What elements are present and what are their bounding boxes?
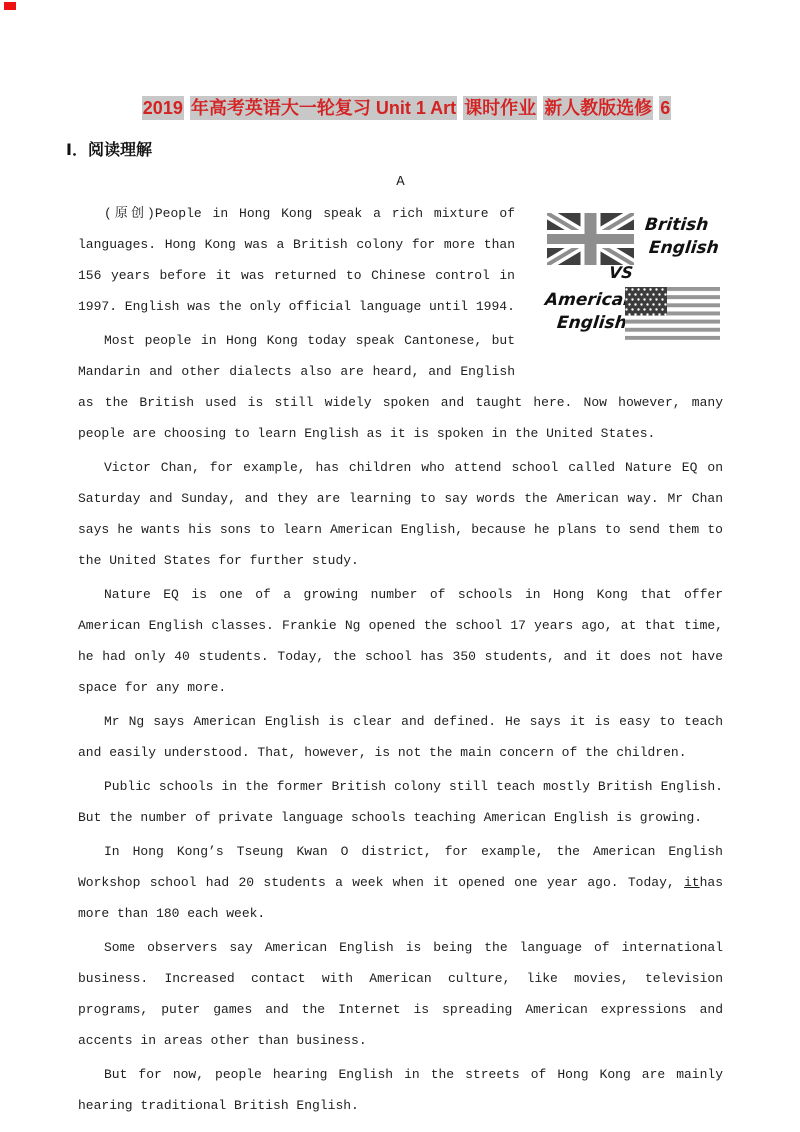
uk-flag-label-line2: English	[648, 240, 720, 257]
paragraph-9: But for now, people hearing English in t…	[78, 1059, 723, 1121]
paragraph-1: British English VS American English	[78, 198, 723, 322]
document-page: 2019年高考英语大一轮复习 Unit 1 Art课时作业新人教版选修6 Ⅰ．阅…	[0, 0, 800, 1132]
us-flag-label-line1: American	[544, 292, 636, 309]
us-flag-label-line2: English	[556, 315, 628, 332]
section-heading: Ⅰ．阅读理解	[66, 141, 723, 161]
paragraph-5: Mr Ng says American English is clear and…	[78, 706, 723, 768]
paragraph-8: Some observers say American English is b…	[78, 932, 723, 1056]
paragraph-text: In Hong Kong’s Tseung Kwan O district, f…	[78, 844, 723, 890]
paragraph-4: Nature EQ is one of a growing number of …	[78, 579, 723, 703]
passage-label: A	[78, 167, 723, 198]
uk-flag-label-line1: British	[644, 217, 709, 234]
title-segment: 2019	[142, 96, 184, 120]
title-segment: 课时作业	[463, 96, 537, 120]
paragraph-6: Public schools in the former British col…	[78, 771, 723, 833]
us-flag-icon	[625, 287, 720, 340]
vs-label: VS	[608, 265, 634, 281]
document-title: 2019年高考英语大一轮复习 Unit 1 Art课时作业新人教版选修6	[90, 96, 723, 120]
paragraph-7: In Hong Kong’s Tseung Kwan O district, f…	[78, 836, 723, 929]
underlined-word: it	[684, 875, 700, 890]
flags-figure: British English VS American English	[545, 212, 723, 346]
red-corner-mark	[4, 2, 16, 10]
title-segment: 年高考英语大一轮复习 Unit 1 Art	[190, 96, 457, 120]
document-body: 2019年高考英语大一轮复习 Unit 1 Art课时作业新人教版选修6 Ⅰ．阅…	[0, 96, 800, 1121]
paragraph-text: (原创)People in Hong Kong speak a rich mix…	[78, 206, 515, 314]
title-segment: 6	[659, 96, 671, 120]
title-segment: 新人教版选修	[543, 96, 653, 120]
reading-passage: A British English VS American	[78, 167, 723, 1121]
uk-flag-icon	[547, 213, 634, 265]
paragraph-3: Victor Chan, for example, has children w…	[78, 452, 723, 576]
